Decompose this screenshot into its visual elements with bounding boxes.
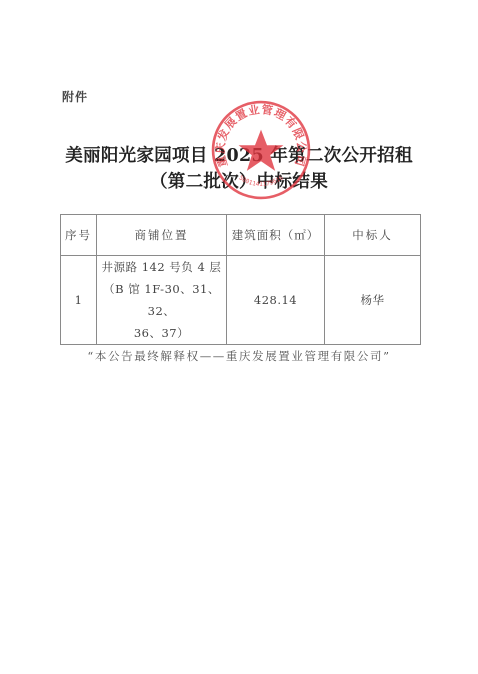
attachment-label: 附件	[62, 88, 88, 105]
cell-area: 428.14	[227, 256, 325, 345]
cell-index: 1	[61, 256, 97, 345]
document-title-line-2: （第二批次）中标结果	[0, 168, 478, 193]
location-line-1: 井源路 142 号负 4 层	[97, 256, 226, 278]
document-title-line-1: 美丽阳光家园项目 2025 年第二次公开招租	[0, 142, 478, 167]
header-area: 建筑面积（㎡）	[227, 215, 325, 256]
header-winner: 中标人	[325, 215, 421, 256]
cell-location: 井源路 142 号负 4 层 （B 馆 1F-30、31、32、 36、37）	[97, 256, 227, 345]
header-index: 序号	[61, 215, 97, 256]
header-location: 商铺位置	[97, 215, 227, 256]
location-line-2: （B 馆 1F-30、31、32、	[97, 278, 226, 322]
location-line-3: 36、37）	[97, 322, 226, 344]
table-row: 1 井源路 142 号负 4 层 （B 馆 1F-30、31、32、 36、37…	[61, 256, 421, 345]
footer-note: “本公告最终解释权——重庆发展置业管理有限公司”	[0, 348, 478, 364]
table-header-row: 序号 商铺位置 建筑面积（㎡） 中标人	[61, 215, 421, 256]
cell-winner: 杨华	[325, 256, 421, 345]
result-table: 序号 商铺位置 建筑面积（㎡） 中标人 1 井源路 142 号负 4 层 （B …	[60, 214, 421, 345]
